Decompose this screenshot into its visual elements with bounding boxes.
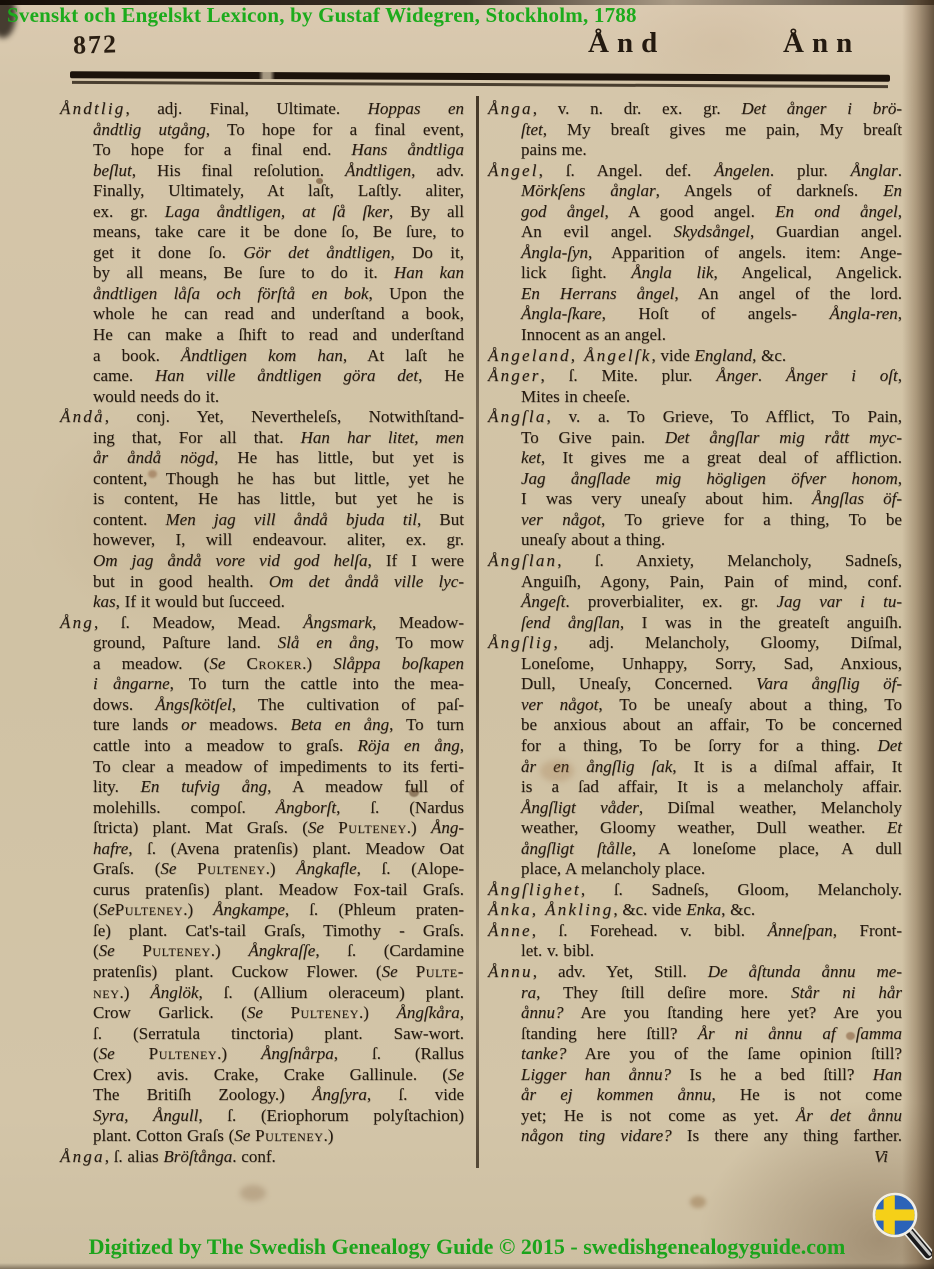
text-segment: , Do it, xyxy=(390,243,464,262)
dictionary-text-line: Ångſligt våder, Diſmal weather, Melancho… xyxy=(488,798,902,819)
text-segment: curus pratenſis) plant. Meadow Fox-tail … xyxy=(93,880,464,899)
text-segment: Vara ångſlig öf- xyxy=(756,674,902,693)
text-segment: .) xyxy=(217,1044,261,1063)
text-segment: , ſ. (Alope- xyxy=(357,859,464,878)
dictionary-entry-first-line: Ånga, ſ. alias Bröſtånga. conf. xyxy=(60,1147,464,1168)
text-segment: Mörkſens ånglar xyxy=(521,181,656,200)
text-segment: Anguiſh, Agony, Pain, Pain of mind, conf… xyxy=(521,572,902,591)
text-segment: , ſ. vide xyxy=(367,1085,464,1104)
text-segment: lick ſight. xyxy=(521,263,631,282)
text-segment: , The cultivation of paſ- xyxy=(232,695,464,714)
text-segment: Se xyxy=(308,818,338,837)
text-segment: Laga åndtligen, at ſå ſker xyxy=(165,202,389,221)
text-segment: Se xyxy=(382,962,416,981)
text-segment: , He is not come xyxy=(711,1085,902,1104)
headword: Ånne xyxy=(488,921,532,940)
dictionary-text-line: ver något, To be uneaſy about a thing, T… xyxy=(488,695,902,716)
text-segment: .) xyxy=(183,900,213,919)
text-segment: , ſ. (Allium oleraceum) plant. xyxy=(198,983,464,1002)
text-segment: Slå en ång xyxy=(278,633,375,652)
text-segment: , If it would but ſucceed. xyxy=(116,592,285,611)
text-segment: Ångborſt xyxy=(276,798,336,817)
text-segment: Is there any thing farther. xyxy=(672,1126,902,1145)
text-segment: but in good health. xyxy=(93,572,269,591)
running-head-left: Ånd xyxy=(588,27,665,60)
text-segment: Ånger i oſt xyxy=(786,366,898,385)
dictionary-text-line: (Se Pulteney.) Ångſnårpa, ſ. (Rallus xyxy=(60,1044,464,1065)
text-segment: content, Though he has but little, yet h… xyxy=(93,469,464,488)
text-segment: Pulteney xyxy=(255,1126,323,1145)
text-segment: , v. a. To Grieve, To Afflict, To Pain, xyxy=(547,407,902,426)
text-segment: Ångla-ſkare xyxy=(521,304,602,323)
text-segment: år en ångſlig ſak xyxy=(521,757,672,776)
text-segment: Skydsångel xyxy=(674,222,750,241)
dictionary-text-line: hafre, ſ. (Avena pratenſis) plant. Meado… xyxy=(60,839,464,860)
text-segment: , Meadow- xyxy=(372,613,464,632)
text-segment: a meadow. ( xyxy=(93,654,209,673)
dictionary-text-line: (Se Pulteney.) Ångkraſſe, ſ. (Cardamine xyxy=(60,941,464,962)
text-segment: plant. Cotton Graſs ( xyxy=(93,1126,234,1145)
text-segment: , It is a diſmal affair, It xyxy=(672,757,902,776)
text-segment: år ej kommen ånnu xyxy=(521,1085,711,1104)
dictionary-entry-first-line: Ångel, ſ. Angel. def. Ångelen. plur. Ång… xyxy=(488,161,902,182)
text-segment: Bröſtånga xyxy=(163,1147,232,1166)
text-segment: , ſ. (Avena pratenſis) plant. Meadow Oat xyxy=(128,839,464,858)
text-segment: , Guardian angel. xyxy=(750,222,902,241)
dictionary-text-line: ſtanding here ſtill? År ni ånnu af ſamma xyxy=(488,1024,902,1045)
text-segment: En Herrans ångel xyxy=(521,284,674,303)
text-segment: yet; He is not come as yet. xyxy=(521,1106,796,1125)
text-segment: Ånglar xyxy=(851,161,898,180)
text-segment: ſe) plant. Cat's-tail Graſs, Timothy - G… xyxy=(93,921,464,940)
headword: Ånga xyxy=(488,99,533,118)
dictionary-text-line: ex. gr. Laga åndtligen, at ſå ſker, By a… xyxy=(60,202,464,223)
dictionary-text-line: ſtet, My breaſt gives me pain, My breaſt xyxy=(488,120,902,141)
dictionary-text-line: ra, They ſtill deſire more. Står ni hår xyxy=(488,983,902,1004)
dictionary-entry-first-line: Ånne, ſ. Forehead. v. bibl. Ånneſpan, Fr… xyxy=(488,921,902,942)
dictionary-text-line: lick ſight. Ångla lik, Angelical, Angeli… xyxy=(488,263,902,284)
text-segment: lity. xyxy=(93,777,141,796)
text-segment: Ångsmark xyxy=(303,613,372,632)
text-segment: Gör det åndtligen xyxy=(243,243,390,262)
catchword-line: Vi xyxy=(488,1147,902,1168)
paper-stain xyxy=(240,1185,266,1201)
swedish-flag-magnifier-icon xyxy=(872,1191,932,1269)
dictionary-text-line: ture lands or meadows. Beta en ång, To t… xyxy=(60,715,464,736)
dictionary-text-line: Ångeſt. proverbialiter, ex. gr. Jag var … xyxy=(488,592,902,613)
swedish-flag-icon xyxy=(873,1193,917,1237)
text-segment: , ſ. (Nardus xyxy=(336,798,464,817)
dictionary-text-line: beſlut, His final reſolution. Åndtligen,… xyxy=(60,161,464,182)
dictionary-text-line: cattle into a meadow to graſs. Röja en å… xyxy=(60,736,464,757)
text-segment: Det xyxy=(877,736,902,755)
text-segment: or xyxy=(181,715,196,734)
dictionary-text-line: år en ångſlig ſak, It is a diſmal affair… xyxy=(488,757,902,778)
text-segment: , To grieve for a thing, To be xyxy=(601,510,902,529)
text-segment: , A loneſome place, A dull xyxy=(632,839,902,858)
text-segment: Pulteney xyxy=(149,1044,217,1063)
text-segment: , conj. Yet, Nevertheleſs, Notwithſtand- xyxy=(105,407,464,426)
text-segment: . conf. xyxy=(232,1147,275,1166)
text-segment: , &c. xyxy=(721,900,755,919)
dictionary-entry-first-line: Ång, ſ. Meadow, Mead. Ångsmark, Meadow- xyxy=(60,613,464,634)
dictionary-text-line: Syra, Ångull, ſ. (Eriophorum polyſtachio… xyxy=(60,1106,464,1127)
headword: Ånnu xyxy=(488,962,533,981)
dictionary-text-line: år åndå nögd, He has little, but yet is xyxy=(60,448,464,469)
text-segment: weather, Gloomy weather, Dull weather. xyxy=(521,818,887,837)
text-segment: pratenſis) plant. Cuckow Flower. ( xyxy=(93,962,382,981)
text-segment: , A meadow full of xyxy=(267,777,464,796)
text-segment: Hans åndtliga xyxy=(351,140,464,159)
dictionary-text-line: curus pratenſis) plant. Meadow Fox-tail … xyxy=(60,880,464,901)
text-segment: , ſ. Anxiety, Melancholy, Sadneſs, xyxy=(557,551,902,570)
text-segment: Ångeſt xyxy=(521,592,565,611)
text-segment: , vide xyxy=(651,346,694,365)
dictionary-text-line: Crex) avis. Crake, Crake Gallinule. (Se xyxy=(60,1065,464,1086)
text-segment: , Apparition of angels. item: Ange- xyxy=(588,243,902,262)
text-segment: Ånger xyxy=(716,366,758,385)
text-segment: Are you of the ſame opinion ſtill? xyxy=(566,1044,902,1063)
text-segment: god ångel xyxy=(521,202,605,221)
dictionary-text-line: however, I, will endeavour. aliter, ex. … xyxy=(60,530,464,551)
text-segment: Et xyxy=(887,818,902,837)
text-segment: .) xyxy=(266,859,297,878)
text-segment: i ångarne xyxy=(93,674,170,693)
dictionary-text-line: lity. En tufvig ång, A meadow full of xyxy=(60,777,464,798)
text-segment: Se xyxy=(99,900,115,919)
dictionary-text-line: dows. Ångsſkötſel, The cultivation of pa… xyxy=(60,695,464,716)
text-segment: ångſligt ſtålle xyxy=(521,839,632,858)
dictionary-text-line: is content, He has little, but yet he is xyxy=(60,489,464,510)
dictionary-text-line: To clear a meadow of impediments to its … xyxy=(60,757,464,778)
dictionary-column-right: Ånga, v. n. dr. ex. gr. Det ånger i brö-… xyxy=(488,99,902,1167)
dictionary-text-line: En Herrans ångel, An angel of the lord. xyxy=(488,284,902,305)
text-segment: Dull, Uneaſy, Concerned. xyxy=(521,674,756,693)
text-segment: Ångſnårpa xyxy=(261,1044,334,1063)
dictionary-text-line: content, Though he has but little, yet h… xyxy=(60,469,464,490)
text-segment: , ſ. Sadneſs, Gloom, Melancholy. xyxy=(581,880,902,899)
dictionary-text-line: åndtlig utgång, To hope for a final even… xyxy=(60,120,464,141)
text-segment: Han har litet, men xyxy=(301,428,464,447)
dictionary-text-line: Graſs. (Se Pulteney.) Ångkafle, ſ. (Alop… xyxy=(60,859,464,880)
text-segment: uneaſy about a thing. xyxy=(521,530,665,549)
dictionary-entry-first-line: Ångſlan, ſ. Anxiety, Melancholy, Sadneſs… xyxy=(488,551,902,572)
header-rule-thin xyxy=(72,81,888,88)
dictionary-entry-first-line: Ångeland, Ångelſk, vide England, &c. xyxy=(488,346,902,367)
text-segment: ſtanding here ſtill? xyxy=(521,1024,698,1043)
scanned-dictionary-page: Svenskt och Engelskt Lexicon, by Gustaf … xyxy=(0,0,934,1269)
text-segment: Ångsſkötſel xyxy=(155,695,231,714)
text-segment: ver något xyxy=(521,510,601,529)
dictionary-text-line: år ej kommen ånnu, He is not come xyxy=(488,1085,902,1106)
text-segment: ſtet xyxy=(521,120,543,139)
dictionary-text-line: pains me. xyxy=(488,140,902,161)
digitizer-title-overlay: Svenskt och Engelskt Lexicon, by Gustaf … xyxy=(7,3,637,28)
dictionary-text-line: Dull, Uneaſy, Concerned. Vara ångſlig öf… xyxy=(488,674,902,695)
text-segment: ſtricta) plant. Mat Graſs. ( xyxy=(93,818,308,837)
text-segment: Pulteney xyxy=(115,900,183,919)
text-segment: let. v. bibl. xyxy=(521,941,594,960)
text-segment: tanke? xyxy=(521,1044,566,1063)
text-segment: Vi xyxy=(874,1147,888,1166)
dictionary-text-line: for a thing, To be ſorry for a thing. De… xyxy=(488,736,902,757)
dictionary-text-line: To Give pain. Det ångſlar mig rått myc- xyxy=(488,428,902,449)
text-segment: , &c. vide xyxy=(613,900,686,919)
text-segment: , Angelical, Angelick. xyxy=(713,263,902,282)
text-segment: Pulte- xyxy=(416,962,464,981)
text-segment: Ligger han ånnu? xyxy=(521,1065,671,1084)
dictionary-text-line: Ångla-ſyn, Apparition of angels. item: A… xyxy=(488,243,902,264)
text-segment: ing that, For all that. xyxy=(93,428,301,447)
text-segment: beſlut xyxy=(93,161,132,180)
text-segment: Ånneſpan xyxy=(768,921,833,940)
text-segment: be anxious about an affair, To be concer… xyxy=(521,715,902,734)
headword: Ångeland, Ångelſk xyxy=(488,346,651,365)
text-segment: ra xyxy=(521,983,536,1002)
text-segment: molehills. compoſ. xyxy=(93,798,276,817)
text-segment: by all means, Be ſure to do it. xyxy=(93,263,394,282)
dictionary-text-line: but in good health. Om det åndå ville ly… xyxy=(60,572,464,593)
text-segment: åndtligen låſa och förſtå en bok xyxy=(93,284,368,303)
dictionary-text-line: pratenſis) plant. Cuckow Flower. (Se Pul… xyxy=(60,962,464,983)
text-segment: Ångſligt våder xyxy=(521,798,639,817)
dictionary-text-line: Ångla-ſkare, Hoſt of angels- Ångla-ren, xyxy=(488,304,902,325)
dictionary-text-line: Loneſome, Unhappy, Sorry, Sad, Anxious, xyxy=(488,654,902,675)
dictionary-text-line: The Britiſh Zoology.) Ångſyra, ſ. vide xyxy=(60,1085,464,1106)
text-segment: En xyxy=(883,181,902,200)
text-segment: Ångkafle xyxy=(296,859,356,878)
text-segment: Pulteney xyxy=(197,859,265,878)
text-segment: Det ångſlar mig rått myc- xyxy=(665,428,902,447)
text-segment: I was very uneaſy about him. xyxy=(521,489,812,508)
text-segment: ket xyxy=(521,448,541,467)
dictionary-column-left: Åndtlig, adj. Final, Ultimate. Hoppas en… xyxy=(60,99,464,1167)
text-segment: , To hope for a final event, xyxy=(206,120,464,139)
text-segment: , Upon the xyxy=(368,284,464,303)
text-segment: Han ville åndtligen göra det xyxy=(155,366,418,385)
text-segment: Jag ångſlade mig högligen öfver honom xyxy=(521,469,898,488)
text-segment: Ångla-ſyn xyxy=(521,243,588,262)
scan-gutter-shadow xyxy=(902,0,934,1269)
text-segment: ſend ångſlan xyxy=(521,613,620,632)
text-segment: . xyxy=(758,366,786,385)
text-segment: , They ſtill deſire more. xyxy=(536,983,791,1002)
text-segment: ground, Paſture land. xyxy=(93,633,278,652)
dictionary-text-line: by all means, Be ſure to do it. Han kan xyxy=(60,263,464,284)
dictionary-text-line: Crow Garlick. (Se Pulteney.) Ångſkåra, xyxy=(60,1003,464,1024)
dictionary-text-line: ſe) plant. Cat's-tail Graſs, Timothy - G… xyxy=(60,921,464,942)
dictionary-entry-first-line: Ångſla, v. a. To Grieve, To Afflict, To … xyxy=(488,407,902,428)
text-segment: Finally, Ultimately, At laſt, Laſtly. al… xyxy=(93,181,464,200)
dictionary-text-line: någon ting vidare? Is there any thing fa… xyxy=(488,1126,902,1147)
text-segment: , v. n. dr. ex. gr. xyxy=(533,99,742,118)
text-segment: År ni ånnu af ſamma xyxy=(698,1024,902,1043)
dictionary-text-line: ney.) Ånglök, ſ. (Allium oleraceum) plan… xyxy=(60,983,464,1004)
text-segment: To hope for a final end. xyxy=(93,140,351,159)
text-segment: , ſ. Meadow, Mead. xyxy=(94,613,303,632)
headword: Ångel xyxy=(488,161,539,180)
magnifier-svg xyxy=(872,1191,932,1269)
text-segment: To Give pain. xyxy=(521,428,665,447)
text-segment: , xyxy=(460,736,464,755)
text-segment: , He xyxy=(418,366,464,385)
text-segment: , Hoſt of angels- xyxy=(602,304,830,323)
dictionary-text-line: get it done ſo. Gör det åndtligen, Do it… xyxy=(60,243,464,264)
text-segment: År det ånnu xyxy=(796,1106,902,1125)
text-segment: , xyxy=(460,1003,464,1022)
dictionary-text-line: be anxious about an affair, To be concer… xyxy=(488,715,902,736)
text-segment: ånnu? xyxy=(521,1003,564,1022)
text-segment: Pulteney xyxy=(290,1003,358,1022)
headword: Åndå xyxy=(60,407,105,426)
dictionary-text-line: He can make a ſhift to read and underſta… xyxy=(60,325,464,346)
text-segment: An evil angel. xyxy=(521,222,674,241)
text-segment: get it done ſo. xyxy=(93,243,243,262)
header-rule xyxy=(70,71,890,82)
text-segment: Se xyxy=(234,1126,255,1145)
text-segment: ture lands xyxy=(93,715,181,734)
text-segment: , ſ. (Phleum praten- xyxy=(285,900,464,919)
dictionary-text-line: An evil angel. Skydsångel, Guardian ange… xyxy=(488,222,902,243)
dictionary-entry-first-line: Ångſlighet, ſ. Sadneſs, Gloom, Melanchol… xyxy=(488,880,902,901)
text-segment: Se xyxy=(160,859,197,878)
text-segment: Is he a bed ſtill? xyxy=(671,1065,873,1084)
text-segment: .) xyxy=(407,818,431,837)
column-divider-rule xyxy=(476,96,479,1168)
dictionary-entry-first-line: Ånga, v. n. dr. ex. gr. Det ånger i brö- xyxy=(488,99,902,120)
digitizer-footer-overlay: Digitized by The Swedish Genealogy Guide… xyxy=(0,1234,934,1260)
text-segment: dows. xyxy=(93,695,155,714)
text-segment: came. xyxy=(93,366,155,385)
text-segment: , ſ. (Eriophorum polyſtachion) xyxy=(198,1106,464,1125)
text-segment: , ſ. Mite. plur. xyxy=(541,366,717,385)
text-segment: Ångkraſſe xyxy=(248,941,315,960)
text-segment: hafre xyxy=(93,839,128,858)
text-segment: , It gives me a great deal of affliction… xyxy=(541,448,902,467)
text-segment: Om det åndå ville lyc- xyxy=(269,572,464,591)
headword: Ånga xyxy=(60,1147,105,1166)
dictionary-text-line: Finally, Ultimately, At laſt, Laſtly. al… xyxy=(60,181,464,202)
text-segment: .) xyxy=(302,654,333,673)
text-segment: åndtlig utgång xyxy=(93,120,206,139)
text-segment: , If I were xyxy=(368,551,464,570)
text-segment: Åndtligen kom han xyxy=(181,346,343,365)
dictionary-text-line: Mites in cheeſe. xyxy=(488,387,902,408)
text-segment: , Angels of darkneſs. xyxy=(656,181,884,200)
dictionary-text-line: tanke? Are you of the ſame opinion ſtill… xyxy=(488,1044,902,1065)
text-segment: ver något xyxy=(521,695,598,714)
text-segment: , &c. xyxy=(752,346,786,365)
dictionary-text-line: Jag ångſlade mig högligen öfver honom, xyxy=(488,469,902,490)
text-segment: ſ. (Serratula tinctoria) plant. Saw-wort… xyxy=(93,1024,464,1043)
text-segment: , My breaſt gives me pain, My breaſt xyxy=(543,120,902,139)
dictionary-text-line: came. Han ville åndtligen göra det, He xyxy=(60,366,464,387)
dictionary-text-line: ing that, For all that. Han har litet, m… xyxy=(60,428,464,449)
text-segment: Ångſlas öf- xyxy=(812,489,902,508)
dictionary-text-line: Mörkſens ånglar, Angels of darkneſs. En xyxy=(488,181,902,202)
dictionary-text-line: Innocent as an angel. xyxy=(488,325,902,346)
text-segment: . plur. xyxy=(770,161,851,180)
text-segment: .) xyxy=(211,941,249,960)
text-segment: kas xyxy=(93,592,116,611)
text-segment: To clear a meadow of impediments to its … xyxy=(93,757,464,776)
text-segment: He can make a ſhift to read and underſta… xyxy=(93,325,464,344)
headword: Ånka, Ånkling xyxy=(488,900,613,919)
dictionary-entry-first-line: Ångſlig, adj. Melancholy, Gloomy, Diſmal… xyxy=(488,633,902,654)
text-segment: Ångkampe xyxy=(213,900,285,919)
text-segment: , ſ. Forehead. v. bibl. xyxy=(532,921,768,940)
text-segment: The Britiſh Zoology.) xyxy=(93,1085,312,1104)
dictionary-entry-first-line: Ånger, ſ. Mite. plur. Ånger. Ånger i oſt… xyxy=(488,366,902,387)
text-segment: Ång- xyxy=(431,818,464,837)
text-segment: Croker xyxy=(247,654,303,673)
text-segment: Mites in cheeſe. xyxy=(521,387,630,406)
text-segment: De åſtunda ånnu me- xyxy=(708,962,902,981)
text-segment: Ångelen xyxy=(714,161,770,180)
text-segment: , ſ. alias xyxy=(105,1147,164,1166)
dictionary-text-line: yet; He is not come as yet. År det ånnu xyxy=(488,1106,902,1127)
text-segment: Om jag åndå vore vid god helſa xyxy=(93,551,368,570)
text-segment: , By all xyxy=(389,202,464,221)
text-segment: Are you ſtanding here yet? Are you xyxy=(564,1003,903,1022)
text-segment: , adv. Yet, Still. xyxy=(533,962,708,981)
dictionary-text-line: whole he can read and underſtand a book, xyxy=(60,304,464,325)
text-segment: , ſ. (Cardamine xyxy=(315,941,464,960)
text-segment: , adj. Final, Ultimate. xyxy=(125,99,367,118)
text-segment: Jag var i tu- xyxy=(776,592,902,611)
text-segment: is a ſad affair, It is a melancholy affa… xyxy=(521,777,902,796)
dictionary-text-line: ſtricta) plant. Mat Graſs. (Se Pulteney.… xyxy=(60,818,464,839)
dictionary-text-line: plant. Cotton Graſs (Se Pulteney.) xyxy=(60,1126,464,1147)
text-segment: .) xyxy=(119,983,150,1002)
text-segment: ney xyxy=(93,983,119,1002)
text-segment: Åndtligen xyxy=(345,161,411,180)
text-segment: .) xyxy=(324,1126,334,1145)
text-segment: Beta en ång xyxy=(291,715,390,734)
dictionary-text-line: molehills. compoſ. Ångborſt, ſ. (Nardus xyxy=(60,798,464,819)
text-segment: Se xyxy=(99,941,143,960)
text-segment: Ångſyra xyxy=(312,1085,367,1104)
text-segment: Ångla lik xyxy=(631,263,713,282)
text-segment: Pulteney xyxy=(142,941,210,960)
text-segment: cattle into a meadow to graſs. xyxy=(93,736,358,755)
text-segment: Graſs. ( xyxy=(93,859,160,878)
headword: Åndtlig xyxy=(60,99,125,118)
dictionary-entry-first-line: Åndtlig, adj. Final, Ultimate. Hoppas en xyxy=(60,99,464,120)
text-segment: a book. xyxy=(93,346,181,365)
dictionary-text-line: ground, Paſture land. Slå en ång, To mow xyxy=(60,633,464,654)
dictionary-text-line: (SePulteney.) Ångkampe, ſ. (Phleum prate… xyxy=(60,900,464,921)
text-segment: Innocent as an angel. xyxy=(521,325,666,344)
text-segment: Han kan xyxy=(394,263,464,282)
headword: Ånger xyxy=(488,366,541,385)
dictionary-text-line: a meadow. (Se Croker.) Slåppa boſkapen xyxy=(60,654,464,675)
text-segment: however, I, will endeavour. aliter, ex. … xyxy=(93,530,464,549)
text-segment: Loneſome, Unhappy, Sorry, Sad, Anxious, xyxy=(521,654,902,673)
dictionary-text-line: god ångel, A good angel. En ond ångel, xyxy=(488,202,902,223)
text-segment: place, A melancholy place. xyxy=(521,859,705,878)
dictionary-text-line: uneaſy about a thing. xyxy=(488,530,902,551)
text-segment: , To turn xyxy=(389,715,464,734)
headword: Ångſlan xyxy=(488,551,557,570)
text-segment: Enka xyxy=(686,900,721,919)
dictionary-text-line: let. v. bibl. xyxy=(488,941,902,962)
text-segment: Han xyxy=(873,1065,902,1084)
dictionary-text-line: place, A melancholy place. xyxy=(488,859,902,880)
text-segment: , He has little, but yet is xyxy=(214,448,464,467)
text-segment: content. xyxy=(93,510,165,529)
text-segment: , ſ. Angel. def. xyxy=(539,161,714,180)
